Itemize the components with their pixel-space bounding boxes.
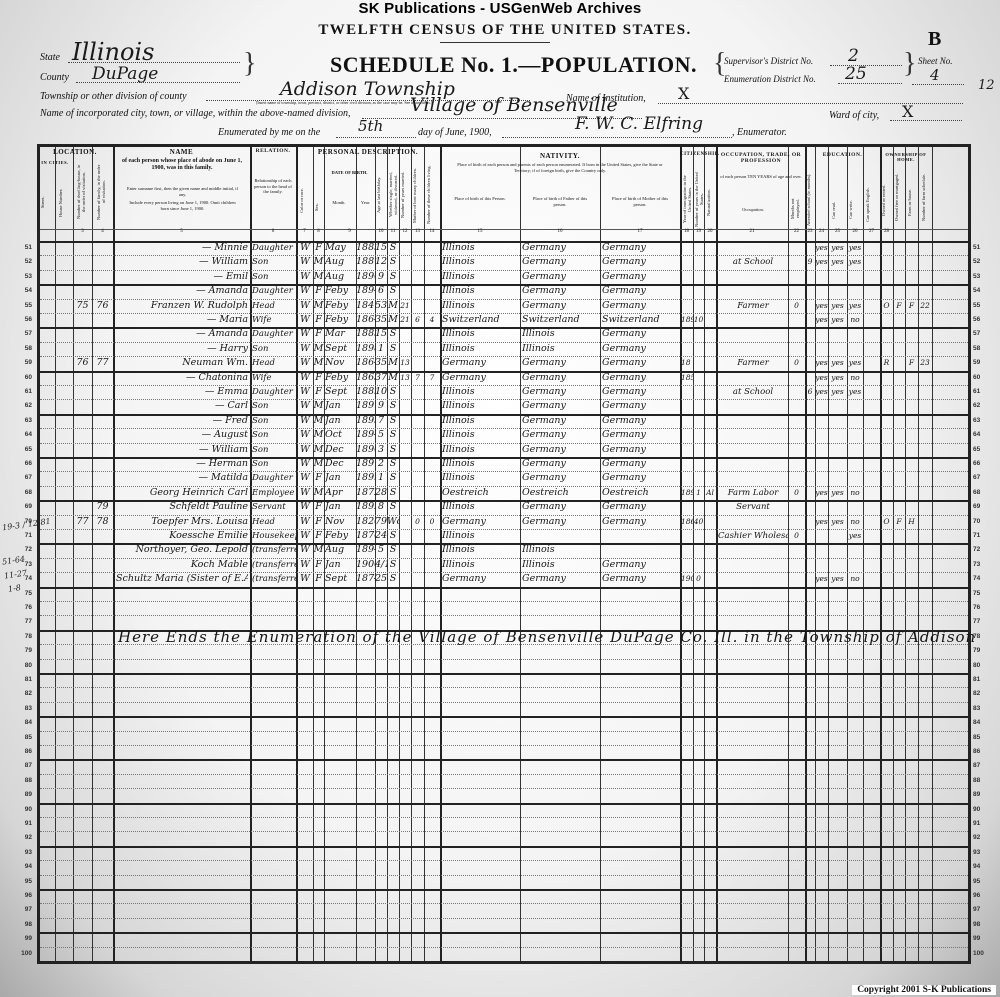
cell-mother: Germany <box>602 572 680 586</box>
line-number-left: 70 <box>14 518 32 525</box>
line-number-right: 77 <box>973 618 991 625</box>
cell-marital: S <box>387 342 399 356</box>
cell-name: Northoyer, Geo. Lepold <box>116 543 248 557</box>
page-margin-number: 12 <box>978 78 995 93</box>
cell-yrs-us: 10 <box>693 313 704 327</box>
cell-month: Aug <box>325 270 356 284</box>
cell-month: Oct <box>325 428 356 442</box>
cell-birth: Illinois <box>442 385 520 399</box>
cell-birth: Illinois <box>442 471 520 485</box>
line-number-left: 89 <box>14 791 32 798</box>
line-number-left: 100 <box>14 950 32 957</box>
cell-father: Germany <box>522 457 600 471</box>
cell-month: Apr <box>325 486 356 500</box>
line-number-right: 68 <box>973 489 991 496</box>
cell-sex: M <box>313 443 324 457</box>
cell-marital: S <box>387 428 399 442</box>
schedule-title: SCHEDULE No. 1.—POPULATION. <box>330 52 697 78</box>
cell-father: Illinois <box>522 327 600 341</box>
cell-age: 5 <box>375 428 387 442</box>
cell-year: 1897 <box>356 457 375 471</box>
cell-name: — Herman <box>116 457 248 471</box>
cell-name: — Amanda <box>116 284 248 298</box>
header-months-unemployed: Months not employed. <box>790 190 802 228</box>
cell-color: W <box>297 414 313 428</box>
cell-relation: Head <box>252 299 296 313</box>
line-number-right: 67 <box>973 474 991 481</box>
cell-mother: Germany <box>602 414 680 428</box>
header-nativity-sub: Place of birth of each person and parent… <box>450 162 670 173</box>
line-number-left: 84 <box>14 719 32 726</box>
row-divider <box>40 673 968 675</box>
row-divider <box>40 716 968 718</box>
cell-mother: Germany <box>602 327 680 341</box>
cell-age: 35 <box>375 313 387 327</box>
header-name: NAME <box>113 148 250 156</box>
line-number-right: 99 <box>973 935 991 942</box>
line-number-left: 78 <box>14 633 32 640</box>
cell-sex: M <box>313 457 324 471</box>
cell-dwelling: 77 <box>73 515 92 529</box>
cell-month: Nov <box>325 515 356 529</box>
cell-name: — Harry <box>116 342 248 356</box>
cell-year: 1874 <box>356 572 375 586</box>
cell-relation: Wife <box>252 371 296 385</box>
cell-age: 24 <box>375 529 387 543</box>
june-label: day of June, 1900, <box>418 127 492 138</box>
cell-year: 1892 <box>356 500 375 514</box>
header-name-note1: Enter surname first, then the given name… <box>125 186 240 197</box>
cell-year: 1872 <box>356 486 375 500</box>
row-divider <box>40 788 968 789</box>
cell-birth: Illinois <box>442 500 520 514</box>
cell-sex: F <box>313 471 324 485</box>
cell-month: Dec <box>325 457 356 471</box>
city-label: Name of incorporated city, town, or vill… <box>40 108 351 119</box>
cell-english: yes <box>847 529 863 543</box>
cell-year: 1820 <box>356 515 375 529</box>
line-number-right: 70 <box>973 518 991 525</box>
cell-month: Jan <box>325 471 356 485</box>
cell-imm: 18 <box>681 356 693 370</box>
ward-line <box>890 120 962 121</box>
cell-occupation: Farmer <box>718 299 788 313</box>
header-can-speak-english: Can speak English. <box>865 185 875 225</box>
line-number-right: 74 <box>973 575 991 582</box>
cell-birth: Germany <box>442 356 520 370</box>
line-number-left: 77 <box>14 618 32 625</box>
cell-birth: Illinois <box>442 457 520 471</box>
cell-occupation: Farm Labor <box>718 486 788 500</box>
line-number-right: 62 <box>973 402 991 409</box>
cell-age: 1 <box>375 471 387 485</box>
cell-relation: Son <box>252 457 296 471</box>
cell-marital: S <box>387 284 399 298</box>
cell-sex: M <box>313 270 324 284</box>
line-number-left: 96 <box>14 892 32 899</box>
county-value: DuPage <box>92 64 158 84</box>
cell-relation: Son <box>252 255 296 269</box>
cell-relation: Son <box>252 428 296 442</box>
cell-year: 1863 <box>356 371 375 385</box>
cell-father: Germany <box>522 515 600 529</box>
row-divider <box>40 759 968 761</box>
cell-marital: S <box>387 399 399 413</box>
line-number-right: 89 <box>973 791 991 798</box>
header-name-sub: of each person whose place of abode on J… <box>120 158 244 171</box>
cell-marital: S <box>387 457 399 471</box>
cell-month: Jan <box>325 399 356 413</box>
cell-marital: M <box>387 371 399 385</box>
line-number-right: 54 <box>973 287 991 294</box>
cell-relation: Head <box>252 515 296 529</box>
cell-month: May <box>325 241 356 255</box>
line-number-left: 54 <box>14 287 32 294</box>
cell-name: — Amanda <box>116 327 248 341</box>
line-number-right: 96 <box>973 892 991 899</box>
institution-label: Name of Institution, <box>566 93 646 104</box>
line-number-left: 76 <box>14 604 32 611</box>
cell-school: 6 <box>805 385 815 399</box>
cell-month: Feby <box>325 284 356 298</box>
line-number-right: 98 <box>973 921 991 928</box>
line-number-left: 90 <box>14 806 32 813</box>
header-nativity: NATIVITY. <box>440 152 680 160</box>
cell-mother: Germany <box>602 457 680 471</box>
cell-name: — Maria <box>116 313 248 327</box>
line-number-right: 92 <box>973 834 991 841</box>
header-age: Age at last birthday. <box>376 170 386 220</box>
cell-relation: Daughter <box>252 385 296 399</box>
cell-father: Germany <box>522 428 600 442</box>
institution-line <box>658 103 963 104</box>
row-divider <box>40 702 968 703</box>
cell-age: 35 <box>375 356 387 370</box>
cell-sex: M <box>313 414 324 428</box>
line-number-right: 58 <box>973 345 991 352</box>
header-occupation-sub: of each person TEN YEARS of age and over… <box>720 174 802 180</box>
header-name-note2: Include every person living on June 1, 1… <box>125 200 240 211</box>
cell-sched: 23 <box>918 356 932 370</box>
column-number: 24 <box>815 229 828 234</box>
line-number-left: 83 <box>14 705 32 712</box>
line-number-right: 90 <box>973 806 991 813</box>
line-number-right: 93 <box>973 849 991 856</box>
cell-color: W <box>297 572 313 586</box>
cell-father: Germany <box>522 255 600 269</box>
line-number-right: 51 <box>973 244 991 251</box>
cell-living: 7 <box>424 371 440 385</box>
cell-birth: Illinois <box>442 299 520 313</box>
cell-relation: (transferred from dwelling) <box>252 558 296 572</box>
cell-birth: Illinois <box>442 241 520 255</box>
cell-mother: Germany <box>602 342 680 356</box>
line-number-right: 80 <box>973 662 991 669</box>
cell-name: — Carl <box>116 399 248 413</box>
line-number-right: 82 <box>973 690 991 697</box>
cell-imm: 1899 <box>681 486 693 500</box>
header-location: LOCATION. <box>37 148 113 156</box>
cell-sex: M <box>313 428 324 442</box>
row-divider <box>40 860 968 861</box>
header-house-number: House Number. <box>58 180 70 225</box>
cell-month: Sept <box>325 572 356 586</box>
cell-living: 4 <box>424 313 440 327</box>
row-divider <box>40 889 968 891</box>
line-number-right: 85 <box>973 734 991 741</box>
cell-own: O <box>880 515 893 529</box>
cell-color: W <box>297 255 313 269</box>
line-number-left: 92 <box>14 834 32 841</box>
ward-label: Ward of city, <box>829 110 879 121</box>
cell-year: 1894 <box>356 428 375 442</box>
row-divider <box>40 687 968 688</box>
header-years-married: Number of years married. <box>400 165 410 225</box>
line-number-left: 68 <box>14 489 32 496</box>
cell-month: Aug <box>325 255 356 269</box>
line-number-left: 95 <box>14 878 32 885</box>
header-attended-school: Attended school (in months). <box>806 172 816 227</box>
row-divider <box>40 615 968 616</box>
cell-color: W <box>297 486 313 500</box>
cell-year: 1894 <box>356 284 375 298</box>
header-occupation-title: OCCUPATION, TRADE, OR PROFESSION <box>718 152 804 164</box>
column-number: 23 <box>805 229 815 234</box>
cell-age: 4/12 <box>375 558 387 572</box>
cell-farm: H <box>905 515 918 529</box>
cell-father: Oestreich <box>522 486 600 500</box>
line-number-right: 87 <box>973 762 991 769</box>
cell-year: 1900 <box>356 558 375 572</box>
cell-imm: 1900 <box>681 572 693 586</box>
header-relation: RELATION. <box>250 148 296 154</box>
column-number: 8 <box>313 229 324 234</box>
cell-marital: S <box>387 543 399 557</box>
line-number-left: 63 <box>14 417 32 424</box>
cell-age: 2 <box>375 457 387 471</box>
cell-father: Germany <box>522 414 600 428</box>
line-number-right: 64 <box>973 431 991 438</box>
cell-free: F <box>893 515 905 529</box>
cell-year: 1889 <box>356 385 375 399</box>
line-number-right: 88 <box>973 777 991 784</box>
ward-value: X <box>902 102 913 121</box>
cell-imm: 1890 <box>681 313 693 327</box>
line-number-left: 64 <box>14 431 32 438</box>
cell-name: Neuman Wm. <box>116 356 248 370</box>
cell-read: yes <box>815 486 828 500</box>
header-family-number: Number of family, in the order of visita… <box>96 162 110 222</box>
township-label: Township or other division of county <box>40 91 187 102</box>
cell-color: W <box>297 327 313 341</box>
column-number: 27 <box>863 229 880 234</box>
closing-note: Here Ends the Enumeration of the Village… <box>118 628 976 646</box>
cell-month: Aug <box>325 543 356 557</box>
cell-unemp: 0 <box>788 356 805 370</box>
cell-father: Germany <box>522 356 600 370</box>
cell-dwelling: 76 <box>73 356 92 370</box>
cell-sex: M <box>313 342 324 356</box>
cell-birth: Illinois <box>442 270 520 284</box>
cell-color: W <box>297 428 313 442</box>
cell-age: 37 <box>375 371 387 385</box>
column-number: 13 <box>411 229 424 234</box>
cell-mother-of: 0 <box>411 515 424 529</box>
cell-month: Feby <box>325 313 356 327</box>
cell-father: Germany <box>522 284 600 298</box>
cell-year: 1893 <box>356 414 375 428</box>
cell-age: 5 <box>375 543 387 557</box>
cell-age: 15 <box>375 327 387 341</box>
cell-name: — William <box>116 443 248 457</box>
state-label: State <box>40 52 60 63</box>
line-number-left: 87 <box>14 762 32 769</box>
line-number-left: 61 <box>14 388 32 395</box>
header-can-read: Can read. <box>831 195 841 225</box>
line-number-right: 53 <box>973 273 991 280</box>
cell-marital: M <box>387 299 399 313</box>
cell-yrs-married: 21 <box>399 313 411 327</box>
cell-marital: S <box>387 529 399 543</box>
cell-unemp: 0 <box>788 486 805 500</box>
cell-mother: Germany <box>602 270 680 284</box>
cell-marital: S <box>387 385 399 399</box>
state-value: Illinois <box>72 38 154 66</box>
cell-mother: Germany <box>602 471 680 485</box>
cell-month: Feby <box>325 529 356 543</box>
header-in-cities: IN CITIES. <box>37 160 73 165</box>
cell-marital: S <box>387 270 399 284</box>
cell-sex: F <box>313 500 324 514</box>
cell-year: 1876 <box>356 529 375 543</box>
cell-relation: Head <box>252 356 296 370</box>
column-number: 18 <box>680 229 693 234</box>
line-number-left: 88 <box>14 777 32 784</box>
header-farm-schedule: Number of farm schedule. <box>921 170 931 225</box>
cell-color: W <box>297 500 313 514</box>
cell-month: Sept <box>325 342 356 356</box>
cell-color: W <box>297 558 313 572</box>
line-number-right: 91 <box>973 820 991 827</box>
line-number-right: 78 <box>973 633 991 640</box>
cell-month: Jan <box>325 558 356 572</box>
cell-sex: F <box>313 327 324 341</box>
column-number: 21 <box>716 229 788 234</box>
cell-color: W <box>297 471 313 485</box>
cell-color: W <box>297 399 313 413</box>
header-children-living: Number of these children living. <box>426 165 436 225</box>
cell-marital: S <box>387 558 399 572</box>
line-number-left: 67 <box>14 474 32 481</box>
line-number-right: 97 <box>973 906 991 913</box>
brace-right-close: } <box>903 50 916 78</box>
cell-birth: Switzerland <box>442 313 520 327</box>
column-number: 14 <box>424 229 440 234</box>
cell-write: yes <box>828 572 847 586</box>
cell-occupation: Servant <box>718 500 788 514</box>
cell-mother-of: 7 <box>411 371 424 385</box>
cell-father: Germany <box>522 371 600 385</box>
cell-year: 1898 <box>356 342 375 356</box>
enumeration-label: Enumeration District No. <box>724 74 816 84</box>
row-divider <box>40 817 968 818</box>
cell-mother: Germany <box>602 299 680 313</box>
line-number-left: 99 <box>14 935 32 942</box>
cell-name: Schfeldt Pauline <box>116 500 248 514</box>
cell-write: yes <box>828 515 847 529</box>
line-number-right: 52 <box>973 258 991 265</box>
cell-year: 1864 <box>356 313 375 327</box>
cell-yrs-married: 13 <box>399 356 411 370</box>
header-color: Color or race. <box>299 178 309 223</box>
cell-read: yes <box>815 385 828 399</box>
cell-color: W <box>297 515 313 529</box>
cell-age: 9 <box>375 270 387 284</box>
cell-month: Feby <box>325 371 356 385</box>
enumerator-line <box>502 137 732 138</box>
cell-birth: Germany <box>442 371 520 385</box>
column-number: 12 <box>399 229 411 234</box>
cell-birth: Illinois <box>442 342 520 356</box>
cell-month: Nov <box>325 356 356 370</box>
line-number-left: 57 <box>14 330 32 337</box>
cell-family: 78 <box>92 515 113 529</box>
cell-read: yes <box>815 313 828 327</box>
cell-age: 15 <box>375 241 387 255</box>
cell-relation: Daughter <box>252 327 296 341</box>
enumerated-label: Enumerated by me on the <box>218 127 320 138</box>
line-number-right: 55 <box>973 302 991 309</box>
cell-color: W <box>297 342 313 356</box>
cell-marital: S <box>387 572 399 586</box>
cell-father: Illinois <box>522 342 600 356</box>
cell-sex: F <box>313 313 324 327</box>
cell-birth: Illinois <box>442 529 520 543</box>
cell-age: 1 <box>375 342 387 356</box>
line-number-left: 82 <box>14 690 32 697</box>
cell-sex: F <box>313 558 324 572</box>
cell-birth: Illinois <box>442 558 520 572</box>
brace-left: } <box>243 50 256 78</box>
cell-year: 1899 <box>356 471 375 485</box>
cell-year: 1847 <box>356 299 375 313</box>
column-number: 3 <box>73 229 92 234</box>
cell-family: 76 <box>92 299 113 313</box>
column-number: 15 <box>440 229 520 234</box>
cell-name: Koessche Emilie <box>116 529 248 543</box>
cell-marital: S <box>387 443 399 457</box>
cell-english: no <box>847 486 863 500</box>
line-number-right: 86 <box>973 748 991 755</box>
cell-birth: Illinois <box>442 284 520 298</box>
cell-english: no <box>847 572 863 586</box>
header-street: Street. <box>40 180 52 225</box>
cell-occupation: at School <box>718 255 788 269</box>
cell-age: 9 <box>375 399 387 413</box>
cell-name: — Emil <box>116 270 248 284</box>
cell-own: R <box>880 356 893 370</box>
cell-age: 25 <box>375 572 387 586</box>
cell-month: Jan <box>325 500 356 514</box>
row-divider <box>40 846 968 848</box>
enumerator-label: , Enumerator. <box>732 127 787 138</box>
line-number-left: 85 <box>14 734 32 741</box>
cell-marital: S <box>387 241 399 255</box>
cell-name: — Chatonina <box>116 371 248 385</box>
cell-month: Sept <box>325 385 356 399</box>
cell-mother: Germany <box>602 356 680 370</box>
cell-english: yes <box>847 299 863 313</box>
